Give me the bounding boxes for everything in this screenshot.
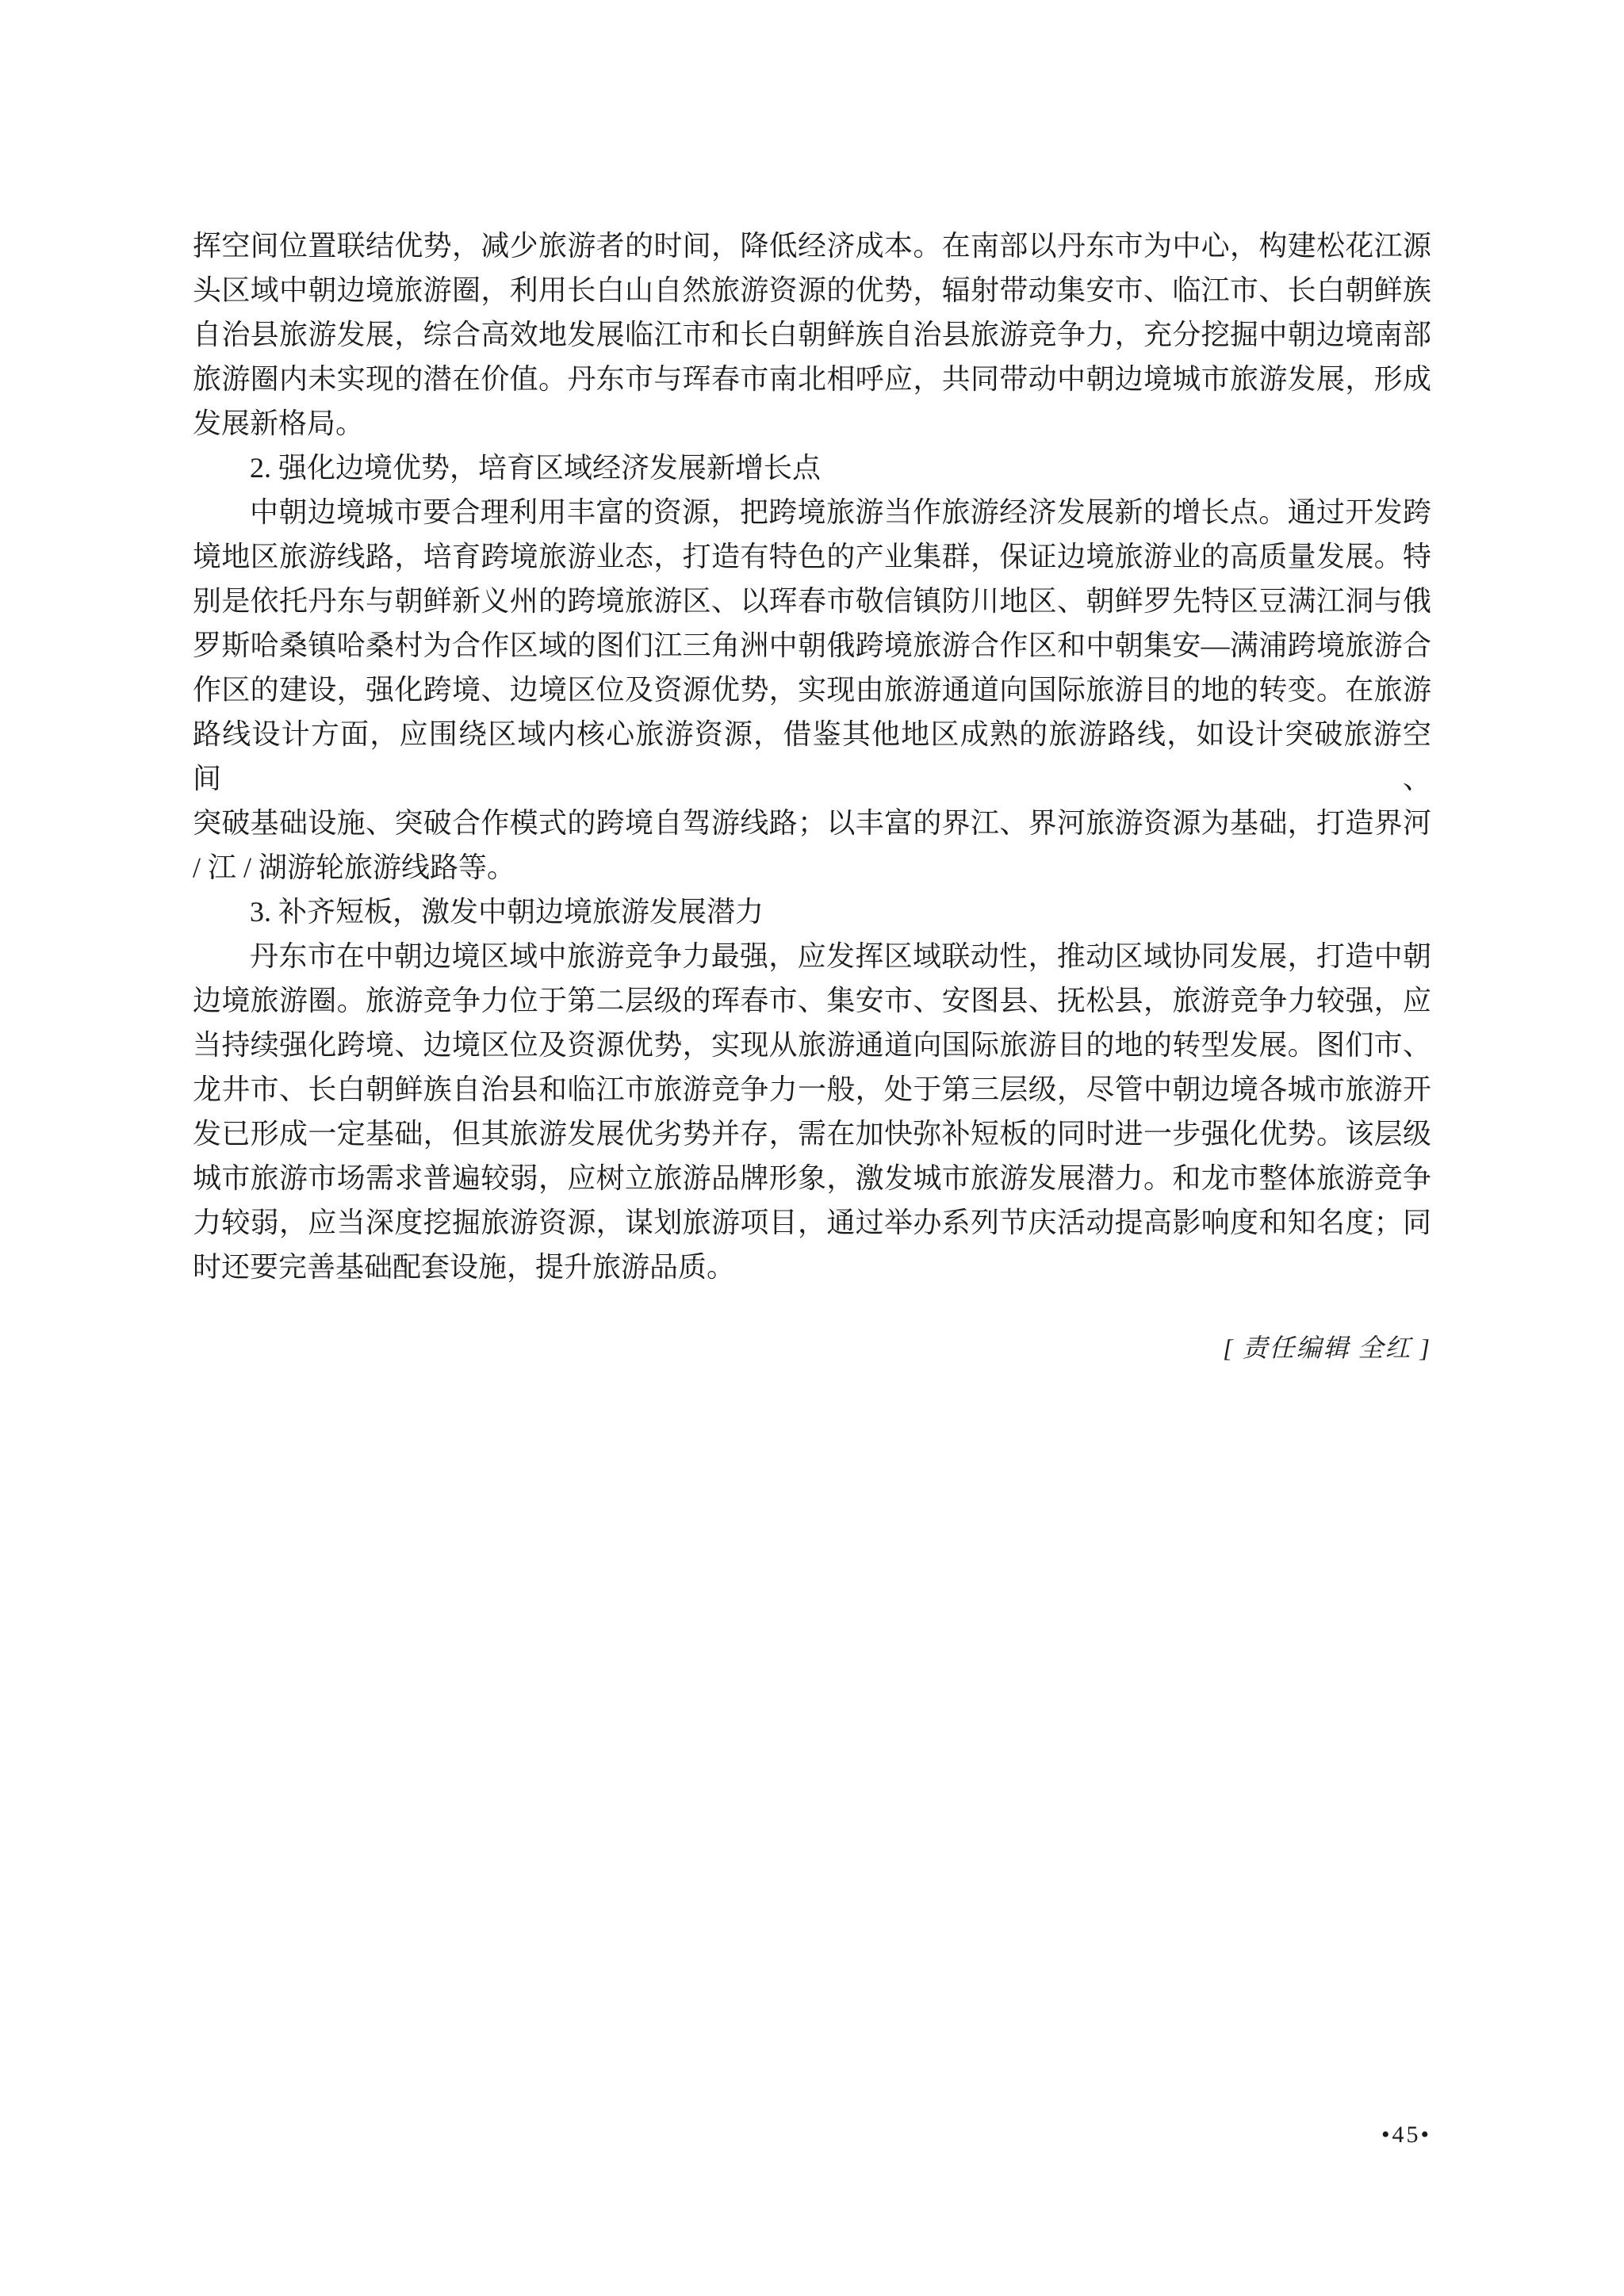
text-line: 龙井市、长白朝鲜族自治县和临江市旅游竞争力一般，处于第三层级，尽管中朝边境各城市…	[193, 1067, 1431, 1112]
text-line: 自治县旅游发展，综合高效地发展临江市和长白朝鲜族自治县旅游竞争力，充分挖掘中朝边…	[193, 312, 1431, 357]
text-line: 突破基础设施、突破合作模式的跨境自驾游线路；以丰富的界江、界河旅游资源为基础，打…	[193, 801, 1431, 845]
text-line: 力较弱，应当深度挖掘旅游资源，谋划旅游项目，通过举办系列节庆活动提高影响度和知名…	[193, 1200, 1431, 1245]
text-line: 发已形成一定基础，但其旅游发展优劣势并存，需在加快弥补短板的同时进一步强化优势。…	[193, 1112, 1431, 1156]
text-line: 中朝边境城市要合理利用丰富的资源，把跨境旅游当作旅游经济发展新的增长点。通过开发…	[193, 490, 1431, 534]
text-line: / 江 / 湖游轮旅游线路等。	[193, 845, 1431, 890]
editor-credit: [ 责任编辑 全红 ]	[193, 1326, 1431, 1370]
text-line: 别是依托丹东与朝鲜新义州的跨境旅游区、以珲春市敬信镇防川地区、朝鲜罗先特区豆满江…	[193, 579, 1431, 623]
text-line: 当持续强化跨境、边境区位及资源优势，实现从旅游通道向国际旅游目的地的转型发展。图…	[193, 1023, 1431, 1067]
text-line: 路线设计方面，应围绕区域内核心旅游资源，借鉴其他地区成熟的旅游路线，如设计突破旅…	[193, 712, 1431, 801]
article-body: 挥空间位置联结优势，减少旅游者的时间，降低经济成本。在南部以丹东市为中心，构建松…	[193, 224, 1431, 1370]
text-line: 罗斯哈桑镇哈桑村为合作区域的图们江三角洲中朝俄跨境旅游合作区和中朝集安—满浦跨境…	[193, 623, 1431, 668]
text-line: 头区域中朝边境旅游圈，利用长白山自然旅游资源的优势，辐射带动集安市、临江市、长白…	[193, 268, 1431, 312]
section-heading-3: 3. 补齐短板，激发中朝边境旅游发展潜力	[193, 890, 1431, 934]
text-line: 境地区旅游线路，培育跨境旅游业态，打造有特色的产业集群，保证边境旅游业的高质量发…	[193, 534, 1431, 579]
text-line: 丹东市在中朝边境区域中旅游竞争力最强，应发挥区域联动性，推动区域协同发展，打造中…	[193, 934, 1431, 978]
text-line: 城市旅游市场需求普遍较弱，应树立旅游品牌形象，激发城市旅游发展潜力。和龙市整体旅…	[193, 1156, 1431, 1200]
text-line: 作区的建设，强化跨境、边境区位及资源优势，实现由旅游通道向国际旅游目的地的转变。…	[193, 668, 1431, 712]
text-line: 挥空间位置联结优势，减少旅游者的时间，降低经济成本。在南部以丹东市为中心，构建松…	[193, 224, 1431, 268]
paragraph-section-2: 中朝边境城市要合理利用丰富的资源，把跨境旅游当作旅游经济发展新的增长点。通过开发…	[193, 490, 1431, 890]
page-number: •45•	[193, 2122, 1431, 2149]
text-line: 边境旅游圈。旅游竞争力位于第二层级的珲春市、集安市、安图县、抚松县，旅游竞争力较…	[193, 978, 1431, 1023]
text-line: 旅游圈内未实现的潜在价值。丹东市与珲春市南北相呼应，共同带动中朝边境城市旅游发展…	[193, 357, 1431, 401]
paragraph-section-3: 丹东市在中朝边境区域中旅游竞争力最强，应发挥区域联动性，推动区域协同发展，打造中…	[193, 934, 1431, 1289]
section-heading-2: 2. 强化边境优势，培育区域经济发展新增长点	[193, 446, 1431, 490]
text-line: 时还要完善基础配套设施，提升旅游品质。	[193, 1245, 1431, 1289]
text-line: 发展新格局。	[193, 401, 1431, 446]
paragraph-continuation: 挥空间位置联结优势，减少旅游者的时间，降低经济成本。在南部以丹东市为中心，构建松…	[193, 224, 1431, 446]
